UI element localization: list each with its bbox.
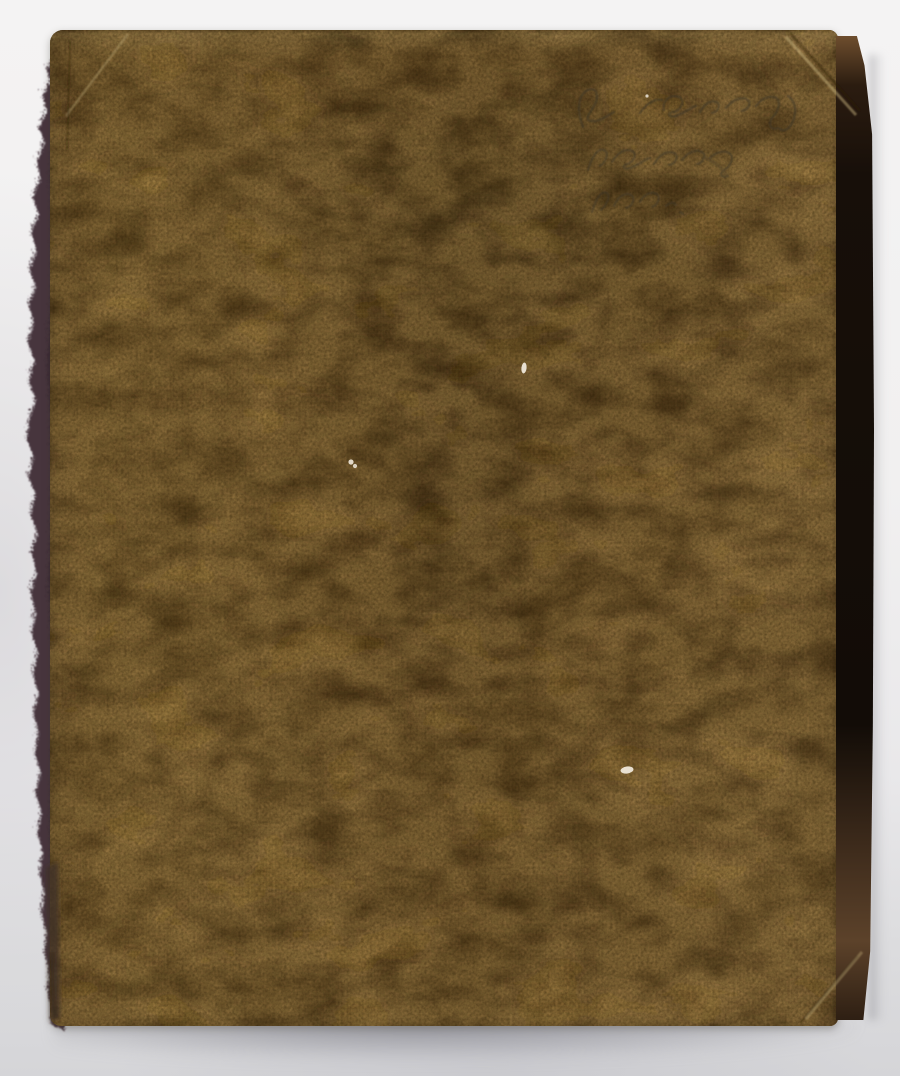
velvet-grain (50, 30, 838, 1026)
velvet-texture (50, 30, 838, 1026)
fore-edge-strip (836, 36, 874, 1020)
photograph (0, 0, 900, 1076)
book-cover (50, 30, 838, 1026)
